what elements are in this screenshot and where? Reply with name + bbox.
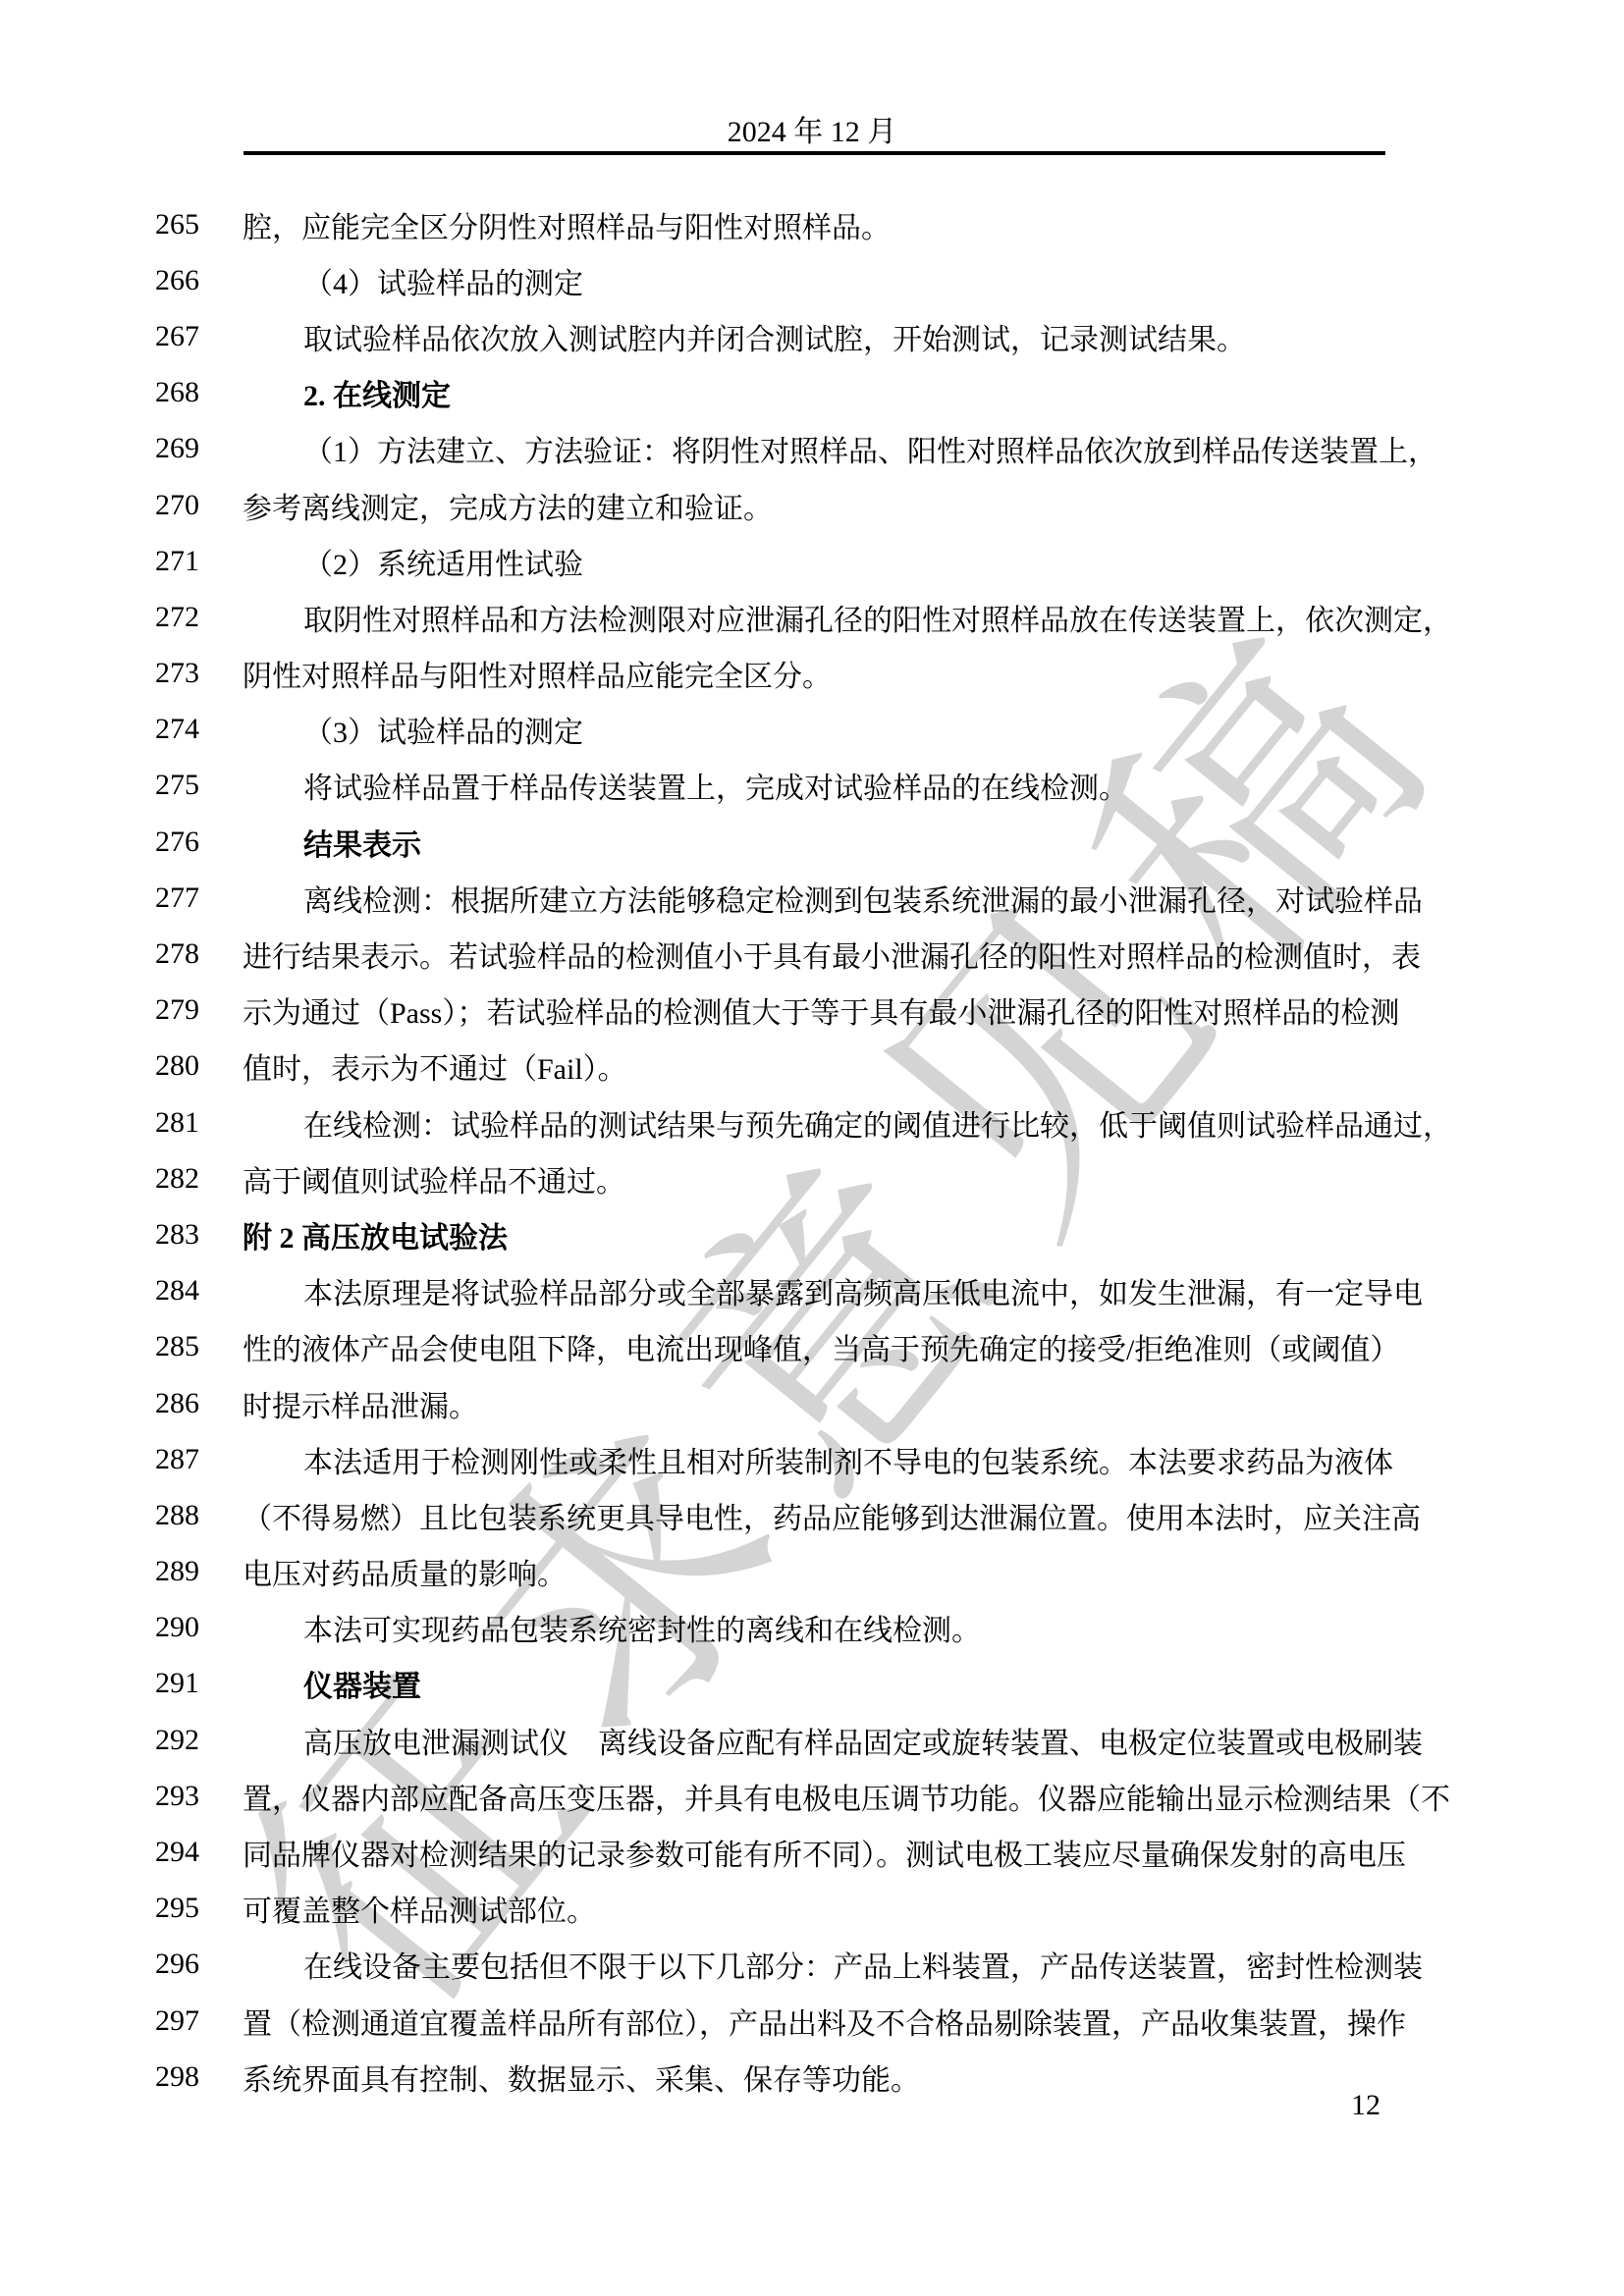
- line-number: 295: [155, 1892, 243, 1925]
- line-text: 在线检测：试验样品的测试结果与预先确定的阈值进行比较，低于阈值则试验样品通过，: [243, 1101, 1452, 1145]
- line-number: 296: [155, 1948, 243, 1981]
- line-number: 269: [155, 432, 243, 465]
- line-number: 275: [155, 769, 243, 802]
- document-line: 272取阴性对照样品和方法检测限对应泄漏孔径的阳性对照样品放在传送装置上，依次测…: [0, 589, 1624, 645]
- line-number: 279: [155, 993, 243, 1027]
- line-text: 将试验样品置于样品传送装置上，完成对试验样品的在线检测。: [243, 764, 1128, 807]
- line-text: 取阴性对照样品和方法检测限对应泄漏孔径的阳性对照样品放在传送装置上，依次测定，: [243, 596, 1452, 639]
- line-text: 置（检测通道宜覆盖样品所有部位），产品出料及不合格品剔除装置，产品收集装置，操作: [243, 2000, 1406, 2043]
- line-number: 286: [155, 1387, 243, 1420]
- line-text: 本法可实现药品包装系统密封性的离线和在线检测。: [243, 1606, 981, 1649]
- document-line: 270参考离线测定，完成方法的建立和验证。: [0, 477, 1624, 533]
- document-line: 295可覆盖整个样品测试部位。: [0, 1881, 1624, 1937]
- document-line: 267取试验样品依次放入测试腔内并闭合测试腔，开始测试，记录测试结果。: [0, 308, 1624, 364]
- document-line: 273阴性对照样品与阳性对照样品应能完全区分。: [0, 646, 1624, 702]
- line-number: 273: [155, 657, 243, 690]
- line-number: 298: [155, 2060, 243, 2094]
- line-number: 292: [155, 1724, 243, 1757]
- line-text: 同品牌仪器对检测结果的记录参数可能有所不同）。测试电极工装应尽量确保发射的高电压: [243, 1831, 1406, 1874]
- header-rule-divider: [244, 151, 1385, 155]
- line-number: 288: [155, 1499, 243, 1532]
- document-line: 291仪器装置: [0, 1656, 1624, 1712]
- line-text: 本法适用于检测刚性或柔性且相对所装制剂不导电的包装系统。本法要求药品为液体: [243, 1438, 1393, 1481]
- document-line: 276结果表示: [0, 814, 1624, 870]
- document-line: 289电压对药品质量的影响。: [0, 1544, 1624, 1600]
- line-number: 289: [155, 1555, 243, 1588]
- line-number: 276: [155, 826, 243, 859]
- document-line: 296在线设备主要包括但不限于以下几部分：产品上料装置，产品传送装置，密封性检测…: [0, 1937, 1624, 1993]
- line-number: 265: [155, 208, 243, 241]
- document-line: 2682. 在线测定: [0, 365, 1624, 421]
- document-line: 266（4）试验样品的测定: [0, 252, 1624, 308]
- document-line: 265腔，应能完全区分阴性对照样品与阳性对照样品。: [0, 196, 1624, 252]
- line-text: 高压放电泄漏测试仪 离线设备应配有样品固定或旋转装置、电极定位装置或电极刷装: [243, 1719, 1423, 1762]
- line-text: 在线设备主要包括但不限于以下几部分：产品上料装置，产品传送装置，密封性检测装: [243, 1943, 1423, 1986]
- document-line: 281在线检测：试验样品的测试结果与预先确定的阈值进行比较，低于阈值则试验样品通…: [0, 1095, 1624, 1150]
- line-text: 离线检测：根据所建立方法能够稳定检测到包装系统泄漏的最小泄漏孔径，对试验样品: [243, 877, 1423, 920]
- lines-container: 265腔，应能完全区分阴性对照样品与阳性对照样品。266（4）试验样品的测定26…: [0, 196, 1624, 2105]
- line-text: （3）试验样品的测定: [243, 708, 583, 751]
- line-number: 291: [155, 1667, 243, 1700]
- line-number: 290: [155, 1611, 243, 1644]
- line-number: 270: [155, 489, 243, 522]
- document-line: 286时提示样品泄漏。: [0, 1375, 1624, 1431]
- document-line: 288（不得易燃）且比包装系统更具导电性，药品应能够到达泄漏位置。使用本法时，应…: [0, 1487, 1624, 1543]
- line-number: 297: [155, 2004, 243, 2038]
- line-number: 283: [155, 1218, 243, 1252]
- document-line: 290本法可实现药品包装系统密封性的离线和在线检测。: [0, 1600, 1624, 1656]
- line-number: 274: [155, 713, 243, 746]
- document-line: 292高压放电泄漏测试仪 离线设备应配有样品固定或旋转装置、电极定位装置或电极刷…: [0, 1712, 1624, 1768]
- document-line: 294同品牌仪器对检测结果的记录参数可能有所不同）。测试电极工装应尽量确保发射的…: [0, 1824, 1624, 1880]
- line-number: 266: [155, 264, 243, 297]
- line-text: （1）方法建立、方法验证：将阴性对照样品、阳性对照样品依次放到样品传送装置上，: [243, 427, 1437, 470]
- line-text: 本法原理是将试验样品部分或全部暴露到高频高压低电流中，如发生泄漏，有一定导电: [243, 1269, 1423, 1312]
- document-line: 293置，仪器内部应配备高压变压器，并具有电极电压调节功能。仪器应能输出显示检测…: [0, 1768, 1624, 1824]
- document-line: 274（3）试验样品的测定: [0, 702, 1624, 758]
- line-text: 示为通过（Pass）；若试验样品的检测值大于等于具有最小泄漏孔径的阳性对照样品的…: [243, 988, 1399, 1032]
- line-number: 284: [155, 1274, 243, 1308]
- document-line: 297置（检测通道宜覆盖样品所有部位），产品出料及不合格品剔除装置，产品收集装置…: [0, 1993, 1624, 2049]
- document-line: 285性的液体产品会使电阻下降，电流出现峰值，当高于预先确定的接受/拒绝准则（或…: [0, 1319, 1624, 1375]
- page-number: 12: [1351, 2089, 1380, 2122]
- line-number: 294: [155, 1836, 243, 1869]
- document-line: 269（1）方法建立、方法验证：将阴性对照样品、阳性对照样品依次放到样品传送装置…: [0, 421, 1624, 477]
- line-number: 293: [155, 1780, 243, 1813]
- line-number: 285: [155, 1330, 243, 1363]
- document-line: 271（2）系统适用性试验: [0, 533, 1624, 589]
- line-text: 仪器装置: [243, 1662, 421, 1705]
- line-number: 272: [155, 601, 243, 634]
- line-text: 高于阈值则试验样品不通过。: [243, 1157, 625, 1201]
- document-line: 278进行结果表示。若试验样品的检测值小于具有最小泄漏孔径的阳性对照样品的检测值…: [0, 926, 1624, 982]
- line-text: 性的液体产品会使电阻下降，电流出现峰值，当高于预先确定的接受/拒绝准则（或阈值）: [243, 1325, 1399, 1368]
- document-line: 287本法适用于检测刚性或柔性且相对所装制剂不导电的包装系统。本法要求药品为液体: [0, 1431, 1624, 1487]
- document-line: 283附 2 高压放电试验法: [0, 1206, 1624, 1262]
- line-text: 系统界面具有控制、数据显示、采集、保存等功能。: [243, 2056, 920, 2099]
- document-page: 征求意见稿 2024 年 12 月 265腔，应能完全区分阴性对照样品与阳性对照…: [0, 0, 1624, 2296]
- line-text: （不得易燃）且比包装系统更具导电性，药品应能够到达泄漏位置。使用本法时，应关注高: [243, 1494, 1421, 1537]
- line-text: 参考离线测定，完成方法的建立和验证。: [243, 484, 773, 527]
- line-text: 附 2 高压放电试验法: [243, 1213, 508, 1256]
- line-text: 时提示样品泄漏。: [243, 1382, 478, 1425]
- line-number: 280: [155, 1049, 243, 1083]
- line-number: 287: [155, 1443, 243, 1476]
- line-text: 阴性对照样品与阳性对照样品应能完全区分。: [243, 652, 832, 695]
- document-line: 277离线检测：根据所建立方法能够稳定检测到包装系统泄漏的最小泄漏孔径，对试验样…: [0, 870, 1624, 926]
- document-line: 280值时，表示为不通过（Fail）。: [0, 1039, 1624, 1095]
- document-line: 279示为通过（Pass）；若试验样品的检测值大于等于具有最小泄漏孔径的阳性对照…: [0, 983, 1624, 1039]
- document-line: 284本法原理是将试验样品部分或全部暴露到高频高压低电流中，如发生泄漏，有一定导…: [0, 1263, 1624, 1319]
- document-line: 275将试验样品置于样品传送装置上，完成对试验样品的在线检测。: [0, 758, 1624, 814]
- page-content: 2024 年 12 月 265腔，应能完全区分阴性对照样品与阳性对照样品。266…: [0, 0, 1624, 2296]
- line-text: 腔，应能完全区分阴性对照样品与阳性对照样品。: [243, 203, 891, 246]
- line-text: （2）系统适用性试验: [243, 540, 583, 583]
- line-text: 可覆盖整个样品测试部位。: [243, 1887, 596, 1930]
- document-line: 282高于阈值则试验样品不通过。: [0, 1150, 1624, 1206]
- line-number: 277: [155, 881, 243, 915]
- line-number: 281: [155, 1106, 243, 1140]
- line-text: 电压对药品质量的影响。: [243, 1550, 567, 1593]
- line-text: 置，仪器内部应配备高压变压器，并具有电极电压调节功能。仪器应能输出显示检测结果（…: [243, 1775, 1450, 1818]
- line-number: 278: [155, 937, 243, 971]
- line-text: 进行结果表示。若试验样品的检测值小于具有最小泄漏孔径的阳性对照样品的检测值时，表: [243, 933, 1421, 976]
- line-text: 结果表示: [243, 821, 421, 864]
- line-number: 282: [155, 1162, 243, 1196]
- line-number: 268: [155, 376, 243, 409]
- line-number: 271: [155, 545, 243, 578]
- line-number: 267: [155, 320, 243, 353]
- line-text: （4）试验样品的测定: [243, 259, 583, 302]
- line-text: 2. 在线测定: [243, 371, 451, 414]
- line-text: 值时，表示为不通过（Fail）。: [243, 1044, 627, 1088]
- line-text: 取试验样品依次放入测试腔内并闭合测试腔，开始测试，记录测试结果。: [243, 315, 1246, 358]
- header-date: 2024 年 12 月: [0, 116, 1624, 149]
